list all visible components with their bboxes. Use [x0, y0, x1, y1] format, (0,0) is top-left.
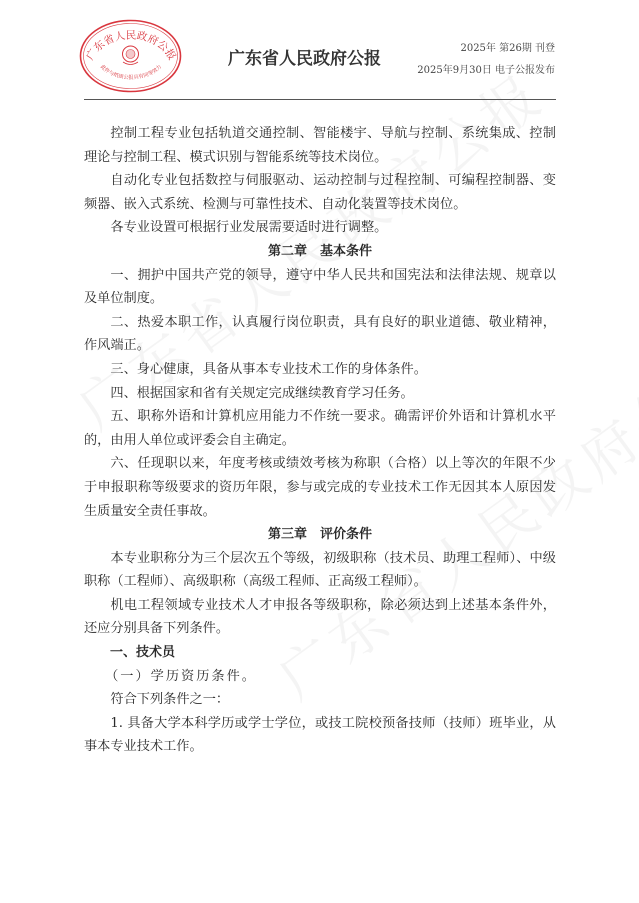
paragraph: 五、职称外语和计算机应用能力不作统一要求。确需评价外语和计算机水平的，由用人单位… — [84, 405, 556, 452]
gazette-title: 广东省人民政府公报 — [228, 44, 381, 69]
paragraph: 六、任现职以来，年度考核或绩效考核为称职（合格）以上等次的年限不少于申报职称等级… — [84, 452, 556, 523]
chapter-heading: 第三章 评价条件 — [84, 523, 556, 547]
official-seal-icon: 广东省人民政府公报 此件与纸质公报具有同等效力 — [78, 18, 183, 94]
issue-number: 2025年 第26期 刊登 — [460, 39, 555, 54]
paragraph: 二、热爱本职工作，认真履行岗位职责，具有良好的职业道德、敬业精神，作风端正。 — [84, 311, 556, 358]
section-heading: 一、技术员 — [84, 641, 556, 665]
paragraph: 1. 具备大学本科学历或学士学位，或技工院校预备技师（技师）班毕业，从事本专业技… — [84, 712, 556, 759]
header-divider — [84, 99, 556, 100]
document-page: 广东省人民政府公报 广东省人民政府公报 广东省人民政府公报 此件与纸质公报具有同… — [0, 0, 639, 903]
publish-date: 2025年9月30日 电子公报发布 — [417, 61, 555, 76]
paragraph: 各专业设置可根据行业发展需要适时进行调整。 — [84, 216, 556, 240]
paragraph: 三、身心健康，具备从事本专业技术工作的身体条件。 — [84, 358, 556, 382]
document-body: 控制工程专业包括轨道交通控制、智能楼宇、导航与控制、系统集成、控制理论与控制工程… — [84, 122, 556, 759]
svg-text:此件与纸质公报具有同等效力: 此件与纸质公报具有同等效力 — [99, 63, 163, 81]
gazette-header: 广东省人民政府公报 此件与纸质公报具有同等效力 广东省人民政府公报 2025年 … — [0, 0, 639, 100]
paragraph: 本专业职称分为三个层次五个等级，初级职称（技术员、助理工程师）、中级职称（工程师… — [84, 547, 556, 594]
paragraph: 自动化专业包括数控与伺服驱动、运动控制与过程控制、可编程控制器、变频器、嵌入式系… — [84, 169, 556, 216]
paragraph: 四、根据国家和省有关规定完成继续教育学习任务。 — [84, 382, 556, 406]
paragraph: 机电工程领域专业技术人才申报各等级职称，除必须达到上述基本条件外，还应分别具备下… — [84, 594, 556, 641]
subsection-heading: （一）学历资历条件。 — [84, 665, 556, 689]
paragraph: 一、拥护中国共产党的领导，遵守中华人民共和国宪法和法律法规、规章以及单位制度。 — [84, 264, 556, 311]
paragraph: 符合下列条件之一： — [84, 688, 556, 712]
chapter-heading: 第二章 基本条件 — [84, 240, 556, 264]
paragraph: 控制工程专业包括轨道交通控制、智能楼宇、导航与控制、系统集成、控制理论与控制工程… — [84, 122, 556, 169]
